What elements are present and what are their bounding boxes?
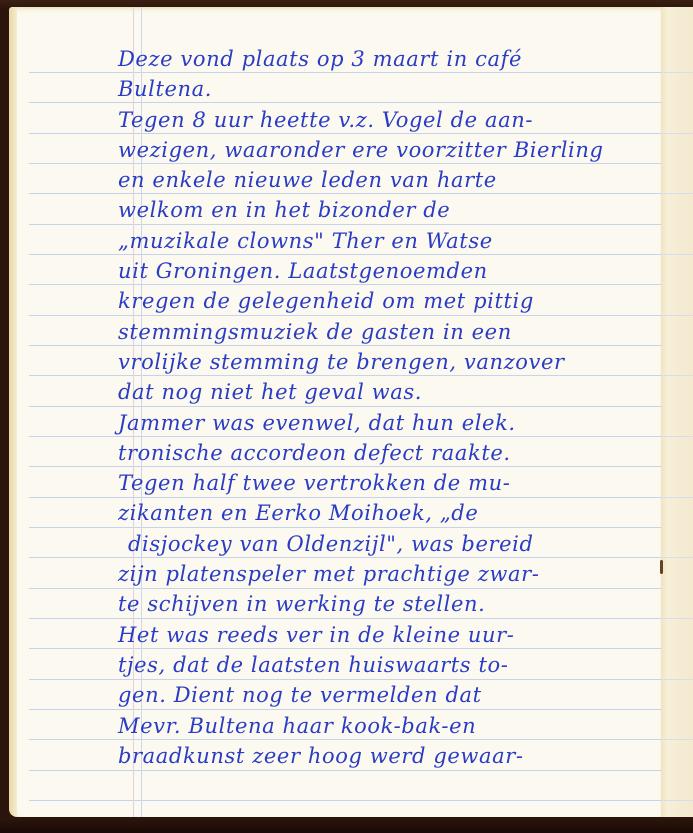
- ruled-line: [661, 133, 693, 134]
- text-line: Het was reeds ver in de kleine uur-: [118, 620, 648, 650]
- text-line: Tegen half twee vertrokken de mu-: [118, 468, 648, 498]
- ruled-line: [661, 436, 693, 437]
- ruled-line: [661, 315, 693, 316]
- text-line: en enkele nieuwe leden van harte: [118, 165, 648, 195]
- page-edge: [9, 7, 17, 817]
- text-line: kregen de gelegenheid om met pittig: [118, 286, 648, 316]
- text-line: uit Groningen. Laatstgenoemden: [118, 256, 648, 286]
- ruled-line: [661, 739, 693, 740]
- text-line: Tegen 8 uur heette v.z. Vogel de aan-: [118, 105, 648, 135]
- text-line: tjes, dat de laatsten huiswaarts to-: [118, 650, 648, 680]
- text-line: disjockey van Oldenzijl", was bereid: [118, 529, 648, 559]
- text-line: Bultena.: [118, 74, 648, 104]
- ruled-line: [661, 497, 693, 498]
- ruled-line: [661, 557, 693, 558]
- text-line: wezigen, waaronder ere voorzitter Bierli…: [118, 135, 648, 165]
- text-line: Deze vond plaats op 3 maart in café: [118, 44, 648, 74]
- text-line: welkom en in het bizonder de: [118, 195, 648, 225]
- text-line: zikanten en Eerko Moihoek, „de: [118, 498, 648, 528]
- ruled-line: [661, 618, 693, 619]
- text-line: braadkunst zeer hoog werd gewaar-: [118, 741, 648, 771]
- scanned-notebook: Deze vond plaats op 3 maart in café Bult…: [0, 0, 693, 833]
- text-line: vrolijke stemming te brengen, vanzover: [118, 347, 648, 377]
- text-line: dat nog niet het geval was.: [118, 377, 648, 407]
- text-line: zijn platenspeler met prachtige zwar-: [118, 559, 648, 589]
- ruled-line: [661, 193, 693, 194]
- ruled-line: [661, 375, 693, 376]
- ruled-line: [661, 679, 693, 680]
- text-line: stemmingsmuziek de gasten in een: [118, 317, 648, 347]
- text-line: te schijven in werking te stellen.: [118, 589, 648, 619]
- text-line: „muzikale clowns" Ther en Watse: [118, 226, 648, 256]
- text-line: gen. Dient nog te vermelden dat: [118, 680, 648, 710]
- text-line: tronische accordeon defect raakte.: [118, 438, 648, 468]
- ruled-line: [661, 800, 693, 801]
- ink-stain: [660, 560, 663, 574]
- text-line: Jammer was evenwel, dat hun elek.: [118, 408, 648, 438]
- text-line: Mevr. Bultena haar kook-bak-en: [118, 711, 648, 741]
- ruled-line: [29, 800, 661, 801]
- ruled-line: [661, 72, 693, 73]
- handwritten-text: Deze vond plaats op 3 maart in café Bult…: [118, 44, 648, 771]
- adjacent-page-edge: [661, 7, 693, 817]
- ruled-line: [661, 254, 693, 255]
